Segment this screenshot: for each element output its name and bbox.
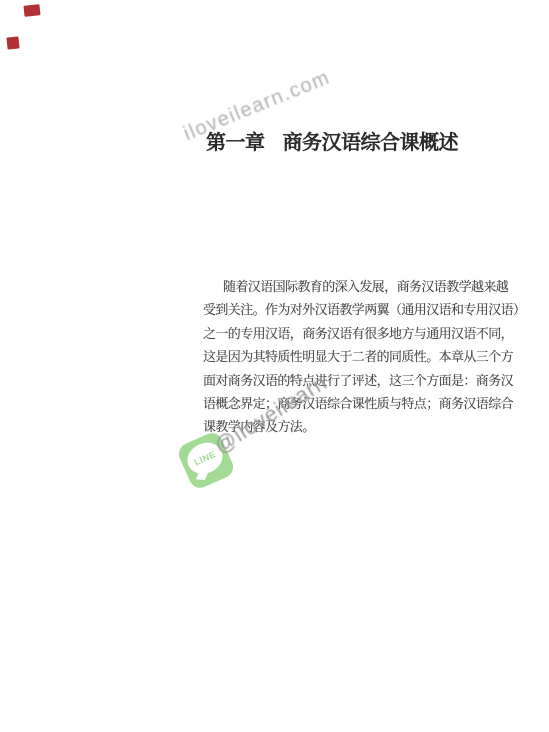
paragraph-line: 这是因为其特质性明显大于二者的同质性。本章从三个方: [203, 346, 525, 369]
scanned-book-page: iloveilearn.com 第一章 商务汉语综合课概述 随着汉语国际教育的深…: [0, 0, 549, 732]
paragraph-line: 受到关注。作为对外汉语教学两翼（通用汉语和专用汉语）: [203, 299, 525, 322]
chapter-title: 第一章 商务汉语综合课概述: [206, 126, 458, 155]
chapter-number: 第一章: [206, 126, 265, 155]
red-stamp-mark-2: [6, 36, 19, 49]
paragraph-line: 之一的专用汉语，商务汉语有很多地方与通用汉语不同，: [203, 323, 525, 346]
red-stamp-mark-1: [23, 4, 40, 17]
paragraph-line: 面对商务汉语的特点进行了评述，这三个方面是：商务汉: [203, 370, 525, 393]
line-icon-label: LINE: [193, 449, 218, 467]
paragraph-line: 随着汉语国际教育的深入发展，商务汉语教学越来越: [223, 276, 525, 299]
chapter-name: 商务汉语综合课概述: [283, 126, 459, 155]
